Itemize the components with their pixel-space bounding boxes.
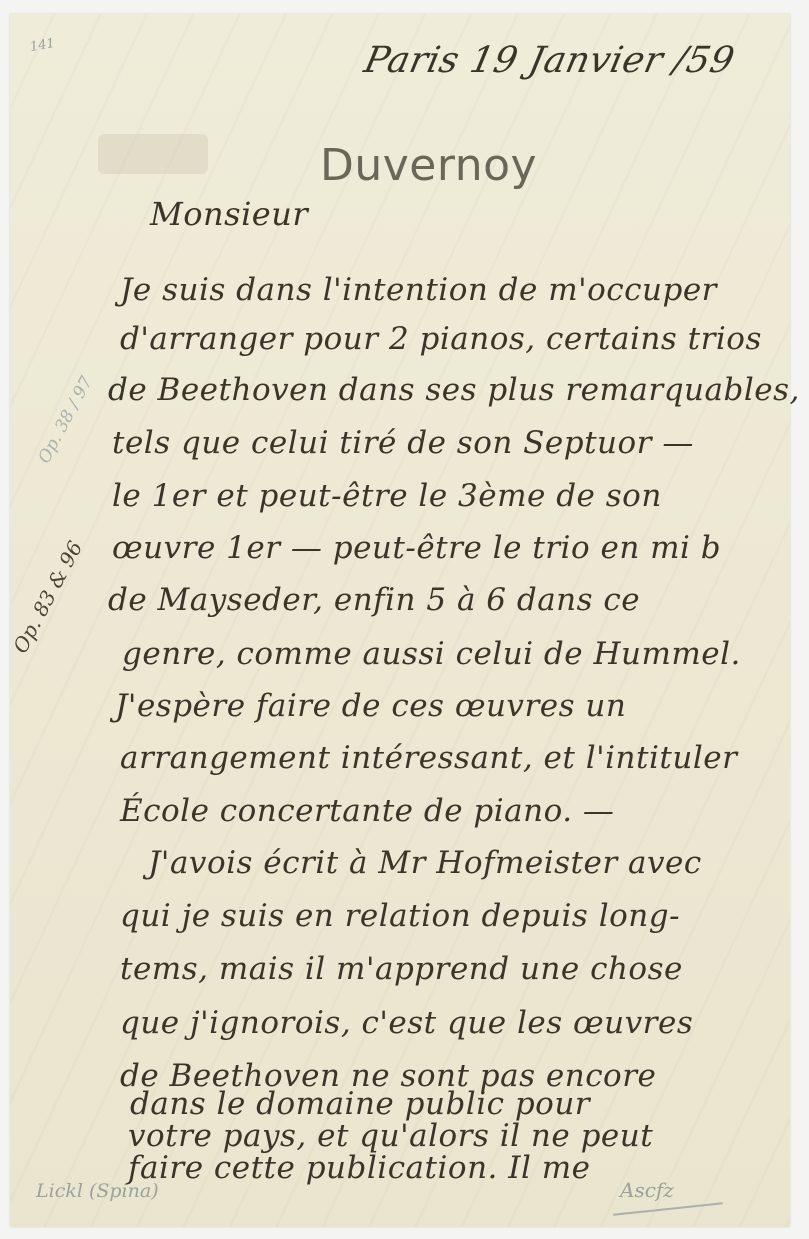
body-line: arrangement intéressant, et l'intituler	[120, 740, 737, 776]
body-line: dans le domaine public pour	[130, 1086, 590, 1122]
body-line: de Mayseder, enfin 5 à 6 dans ce	[108, 582, 640, 618]
body-line: tems, mais il m'apprend une chose	[120, 951, 683, 987]
body-line: J'avois écrit à Mr Hofmeister avec	[148, 845, 702, 881]
body-line: que j'ignorois, c'est que les œuvres	[120, 1005, 693, 1041]
salutation: Monsieur	[150, 195, 308, 233]
body-line: tels que celui tiré de son Septuor —	[112, 425, 694, 461]
body-line: œuvre 1er — peut-être le trio en mi b	[112, 530, 721, 566]
place-date: Paris 19 Janvier /59	[361, 40, 739, 81]
body-line: genre, comme aussi celui de Hummel.	[122, 636, 741, 672]
body-line: le 1er et peut-être le 3ème de son	[112, 478, 662, 514]
faded-stamp	[98, 134, 208, 174]
letter-page	[10, 14, 790, 1227]
recipient-name: Duvernoy	[320, 140, 537, 191]
body-line: École concertante de piano. —	[120, 793, 614, 829]
body-line: d'arranger pour 2 pianos, certains trios	[120, 321, 762, 357]
body-line: J'espère faire de ces œuvres un	[115, 688, 626, 724]
body-line: de Beethoven dans ses plus remarquables,	[108, 372, 800, 408]
footer-annotation-right: Ascfz	[620, 1178, 674, 1202]
body-line: faire cette publication. Il me	[128, 1150, 591, 1186]
body-line: qui je suis en relation depuis long-	[120, 898, 680, 934]
body-line: votre pays, et qu'alors il ne peut	[128, 1118, 653, 1154]
show-through-ink	[10, 14, 790, 1227]
body-line: Je suis dans l'intention de m'occuper	[120, 272, 717, 308]
